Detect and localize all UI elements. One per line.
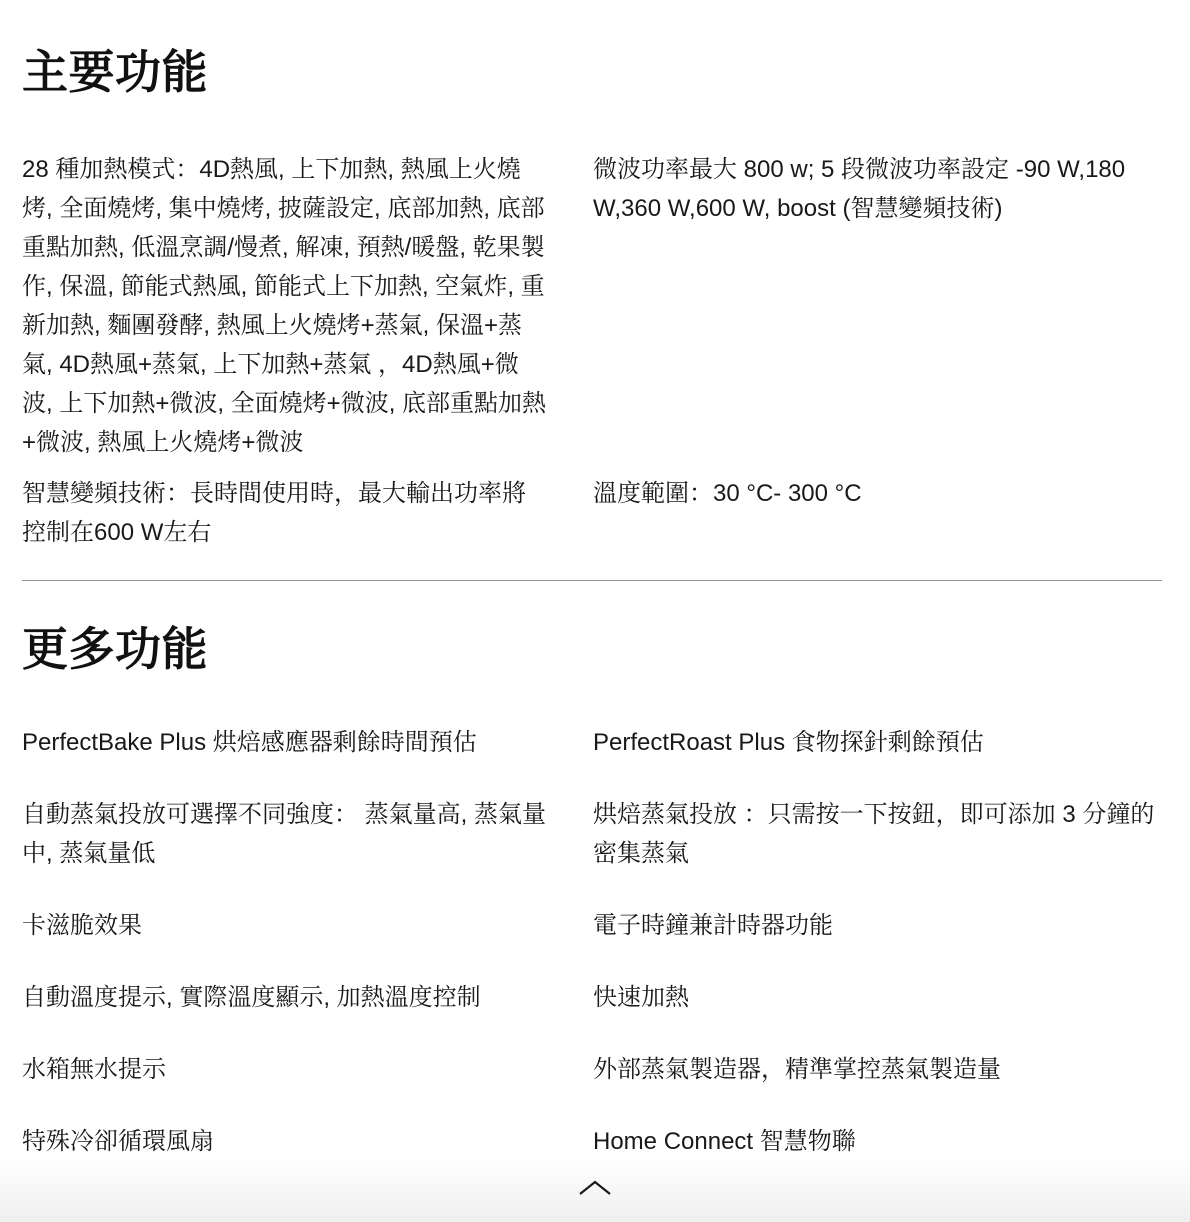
more-features-title: 更多功能: [22, 623, 1162, 676]
crisp-effect-text: 卡滋脆效果: [22, 906, 549, 945]
main-features-row-2: 智慧變頻技術：長時間使用時，最大輸出功率將控制在600 W左右 溫度範圍：30 …: [22, 474, 1162, 552]
temperature-range-text: 溫度範圍：30 °C- 300 °C: [593, 474, 1162, 513]
perfectroast-text: PerfectRoast Plus 食物探針剩餘預估: [593, 723, 1162, 762]
temperature-display-text: 自動溫度提示, 實際溫度顯示, 加熱溫度控制: [22, 978, 549, 1017]
inverter-technology-text: 智慧變頻技術：長時間使用時，最大輸出功率將控制在600 W左右: [22, 474, 549, 552]
auto-steam-levels-text: 自動蒸氣投放可選擇不同強度： 蒸氣量高, 蒸氣量中, 蒸氣量低: [22, 795, 549, 873]
more-features-row-6: 特殊冷卻循環風扇 Home Connect 智慧物聯: [22, 1122, 1162, 1161]
more-features-row-3: 卡滋脆效果 電子時鐘兼計時器功能: [22, 906, 1162, 945]
cooling-fan-text: 特殊冷卻循環風扇: [22, 1122, 549, 1161]
more-features-row-1: PerfectBake Plus 烘焙感應器剩餘時間預估 PerfectRoas…: [22, 723, 1162, 762]
more-features-row-2: 自動蒸氣投放可選擇不同強度： 蒸氣量高, 蒸氣量中, 蒸氣量低 烘焙蒸氣投放 ：…: [22, 795, 1162, 873]
more-features-section: 更多功能 PerfectBake Plus 烘焙感應器剩餘時間預估 Perfec…: [22, 623, 1162, 1161]
section-divider: [22, 580, 1162, 581]
rapid-heating-text: 快速加熱: [593, 978, 1162, 1017]
main-features-title: 主要功能: [22, 46, 1162, 99]
heating-modes-text: 28 種加熱模式：4D熱風, 上下加熱, 熱風上火燒烤, 全面燒烤, 集中燒烤,…: [22, 150, 549, 462]
main-features-section: 主要功能 28 種加熱模式：4D熱風, 上下加熱, 熱風上火燒烤, 全面燒烤, …: [22, 46, 1162, 552]
clock-timer-text: 電子時鐘兼計時器功能: [593, 906, 1162, 945]
footer-gradient-band: [0, 1158, 1190, 1222]
microwave-power-text: 微波功率最大 800 w; 5 段微波功率設定 -90 W,180 W,360 …: [593, 150, 1162, 228]
scroll-to-top-button[interactable]: [578, 1180, 612, 1196]
chevron-up-icon: [578, 1180, 612, 1196]
more-features-row-4: 自動溫度提示, 實際溫度顯示, 加熱溫度控制 快速加熱: [22, 978, 1162, 1017]
home-connect-text: Home Connect 智慧物聯: [593, 1122, 1162, 1161]
water-tank-alert-text: 水箱無水提示: [22, 1050, 549, 1089]
baking-steam-text: 烘焙蒸氣投放 ：只需按一下按鈕，即可添加 3 分鐘的密集蒸氣: [593, 795, 1162, 873]
more-features-row-5: 水箱無水提示 外部蒸氣製造器，精準掌控蒸氣製造量: [22, 1050, 1162, 1089]
main-features-row-1: 28 種加熱模式：4D熱風, 上下加熱, 熱風上火燒烤, 全面燒烤, 集中燒烤,…: [22, 150, 1162, 462]
product-features-page: 主要功能 28 種加熱模式：4D熱風, 上下加熱, 熱風上火燒烤, 全面燒烤, …: [0, 0, 1190, 1222]
perfectbake-text: PerfectBake Plus 烘焙感應器剩餘時間預估: [22, 723, 549, 762]
external-steam-generator-text: 外部蒸氣製造器，精準掌控蒸氣製造量: [593, 1050, 1162, 1089]
